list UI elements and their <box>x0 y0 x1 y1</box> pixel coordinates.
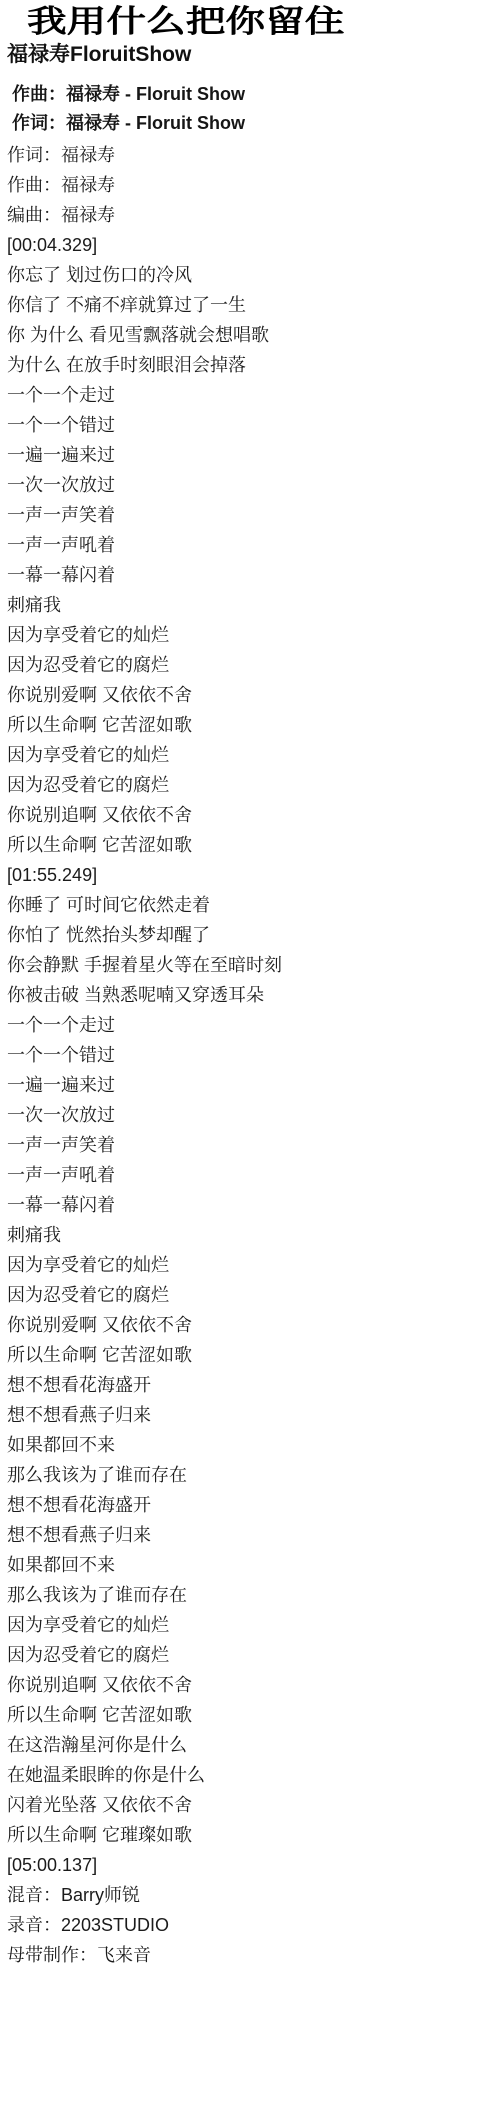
lyric-line: 所以生命啊 它苦涩如歌 <box>7 1700 490 1730</box>
lyric-line: 你 为什么 看见雪飘落就会想唱歌 <box>7 320 490 350</box>
lyric-line: 你睡了 可时间它依然走着 <box>7 890 490 920</box>
lyric-line: 一个一个走过 <box>7 380 490 410</box>
lyric-line: 一声一声吼着 <box>7 530 490 560</box>
lyric-line: 混音：Barry师锐 <box>7 1880 490 1910</box>
lyric-line: 一个一个错过 <box>7 410 490 440</box>
lyric-line: 你忘了 划过伤口的冷风 <box>7 260 490 290</box>
lyrics-block: 作词：福禄寿作曲：福禄寿编曲：福禄寿[00:04.329]你忘了 划过伤口的冷风… <box>7 140 490 1970</box>
lyric-line: 在这浩瀚星河你是什么 <box>7 1730 490 1760</box>
lyric-line: 一幕一幕闪着 <box>7 1190 490 1220</box>
artist-name: 福禄寿FloruitShow <box>7 42 490 68</box>
lyric-line: 因为忍受着它的腐烂 <box>7 770 490 800</box>
lyric-line: 你被击破 当熟悉呢喃又穿透耳朵 <box>7 980 490 1010</box>
lyrics-page: 我用什么把你留住 福禄寿FloruitShow 作曲：福禄寿 - Floruit… <box>0 0 500 1970</box>
lyric-line: 闪着光坠落 又依依不舍 <box>7 1790 490 1820</box>
lyric-line: 作词：福禄寿 <box>7 140 490 170</box>
lyric-line: 想不想看燕子归来 <box>7 1520 490 1550</box>
lyric-line: [01:55.249] <box>7 860 490 890</box>
lyric-line: 因为享受着它的灿烂 <box>7 1250 490 1280</box>
lyric-line: 所以生命啊 它璀璨如歌 <box>7 1820 490 1850</box>
lyric-line: 为什么 在放手时刻眼泪会掉落 <box>7 350 490 380</box>
lyric-line: 一声一声笑着 <box>7 1130 490 1160</box>
lyric-line: 你信了 不痛不痒就算过了一生 <box>7 290 490 320</box>
lyric-line: 你说别爱啊 又依依不舍 <box>7 1310 490 1340</box>
lyric-line: 一遍一遍来过 <box>7 440 490 470</box>
lyric-line: 刺痛我 <box>7 590 490 620</box>
lyric-line: 因为忍受着它的腐烂 <box>7 1280 490 1310</box>
lyric-line: [00:04.329] <box>7 230 490 260</box>
lyric-line: 一声一声吼着 <box>7 1160 490 1190</box>
lyric-line: 你说别追啊 又依依不舍 <box>7 1670 490 1700</box>
lyric-line: 你说别爱啊 又依依不舍 <box>7 680 490 710</box>
lyric-line: 编曲：福禄寿 <box>7 200 490 230</box>
lyric-line: 所以生命啊 它苦涩如歌 <box>7 1340 490 1370</box>
lyric-line: 你怕了 恍然抬头梦却醒了 <box>7 920 490 950</box>
credits-block: 作曲：福禄寿 - Floruit Show 作词：福禄寿 - Floruit S… <box>7 80 490 138</box>
credit-line: 作曲：福禄寿 - Floruit Show <box>7 80 490 109</box>
lyric-line: 所以生命啊 它苦涩如歌 <box>7 830 490 860</box>
credit-line: 作词：福禄寿 - Floruit Show <box>7 109 490 138</box>
lyric-line: 一个一个错过 <box>7 1040 490 1070</box>
lyric-line: 因为忍受着它的腐烂 <box>7 1640 490 1670</box>
lyric-line: [05:00.137] <box>7 1850 490 1880</box>
lyric-line: 想不想看花海盛开 <box>7 1370 490 1400</box>
song-title: 我用什么把你留住 <box>27 2 490 42</box>
lyric-line: 因为享受着它的灿烂 <box>7 740 490 770</box>
song-title-text: 我用什么把你留住 <box>27 2 344 42</box>
lyric-line: 如果都回不来 <box>7 1550 490 1580</box>
lyric-line: 如果都回不来 <box>7 1430 490 1460</box>
lyric-line: 在她温柔眼眸的你是什么 <box>7 1760 490 1790</box>
lyric-line: 想不想看花海盛开 <box>7 1490 490 1520</box>
lyric-line: 因为忍受着它的腐烂 <box>7 650 490 680</box>
lyric-line: 一遍一遍来过 <box>7 1070 490 1100</box>
lyric-line: 那么我该为了谁而存在 <box>7 1460 490 1490</box>
lyric-line: 一幕一幕闪着 <box>7 560 490 590</box>
lyric-line: 那么我该为了谁而存在 <box>7 1580 490 1610</box>
lyric-line: 因为享受着它的灿烂 <box>7 620 490 650</box>
lyric-line: 母带制作：飞来音 <box>7 1940 490 1970</box>
lyric-line: 作曲：福禄寿 <box>7 170 490 200</box>
lyric-line: 你会静默 手握着星火等在至暗时刻 <box>7 950 490 980</box>
lyric-line: 所以生命啊 它苦涩如歌 <box>7 710 490 740</box>
lyric-line: 录音：2203STUDIO <box>7 1910 490 1940</box>
lyric-line: 一声一声笑着 <box>7 500 490 530</box>
lyric-line: 刺痛我 <box>7 1220 490 1250</box>
lyric-line: 因为享受着它的灿烂 <box>7 1610 490 1640</box>
lyric-line: 你说别追啊 又依依不舍 <box>7 800 490 830</box>
lyric-line: 一次一次放过 <box>7 470 490 500</box>
lyric-line: 想不想看燕子归来 <box>7 1400 490 1430</box>
lyric-line: 一个一个走过 <box>7 1010 490 1040</box>
lyric-line: 一次一次放过 <box>7 1100 490 1130</box>
